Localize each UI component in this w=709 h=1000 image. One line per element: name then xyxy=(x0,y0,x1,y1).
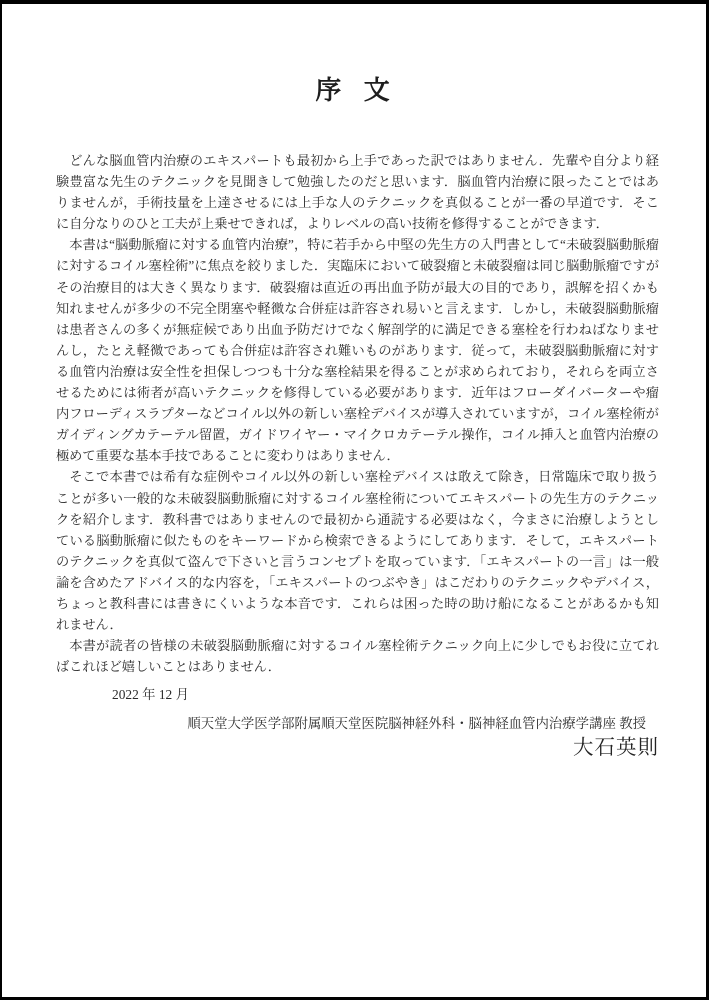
paragraph-2: 本書は“脳動脈瘤に対する血管内治療”，特に若手から中堅の先生方の入門書として“未… xyxy=(56,234,659,466)
signature-block: 2022 年 12 月 順天堂大学医学部附属順天堂医院脳神経外科・脳神経血管内治… xyxy=(56,685,659,758)
preface-page: 序 文 どんな脳血管内治療のエキスパートも最初から上手であった訳ではありません．… xyxy=(0,0,709,1000)
paragraph-1: どんな脳血管内治療のエキスパートも最初から上手であった訳ではありません．先輩や自… xyxy=(56,150,659,234)
preface-body: どんな脳血管内治療のエキスパートも最初から上手であった訳ではありません．先輩や自… xyxy=(56,150,659,677)
paragraph-4: 本書が読者の皆様の未破裂脳動脈瘤に対するコイル塞栓術テクニック向上に少しでもお役… xyxy=(56,635,659,677)
affiliation-line: 順天堂大学医学部附属順天堂医院脳神経外科・脳神経血管内治療学講座 教授 xyxy=(56,714,659,734)
author-name: 大石英則 xyxy=(56,738,659,758)
date-line: 2022 年 12 月 xyxy=(112,685,659,705)
paragraph-3: そこで本書では希有な症例やコイル以外の新しい塞栓デバイスは敢えて除き，日常臨床で… xyxy=(56,466,659,635)
page-title: 序 文 xyxy=(2,70,706,107)
